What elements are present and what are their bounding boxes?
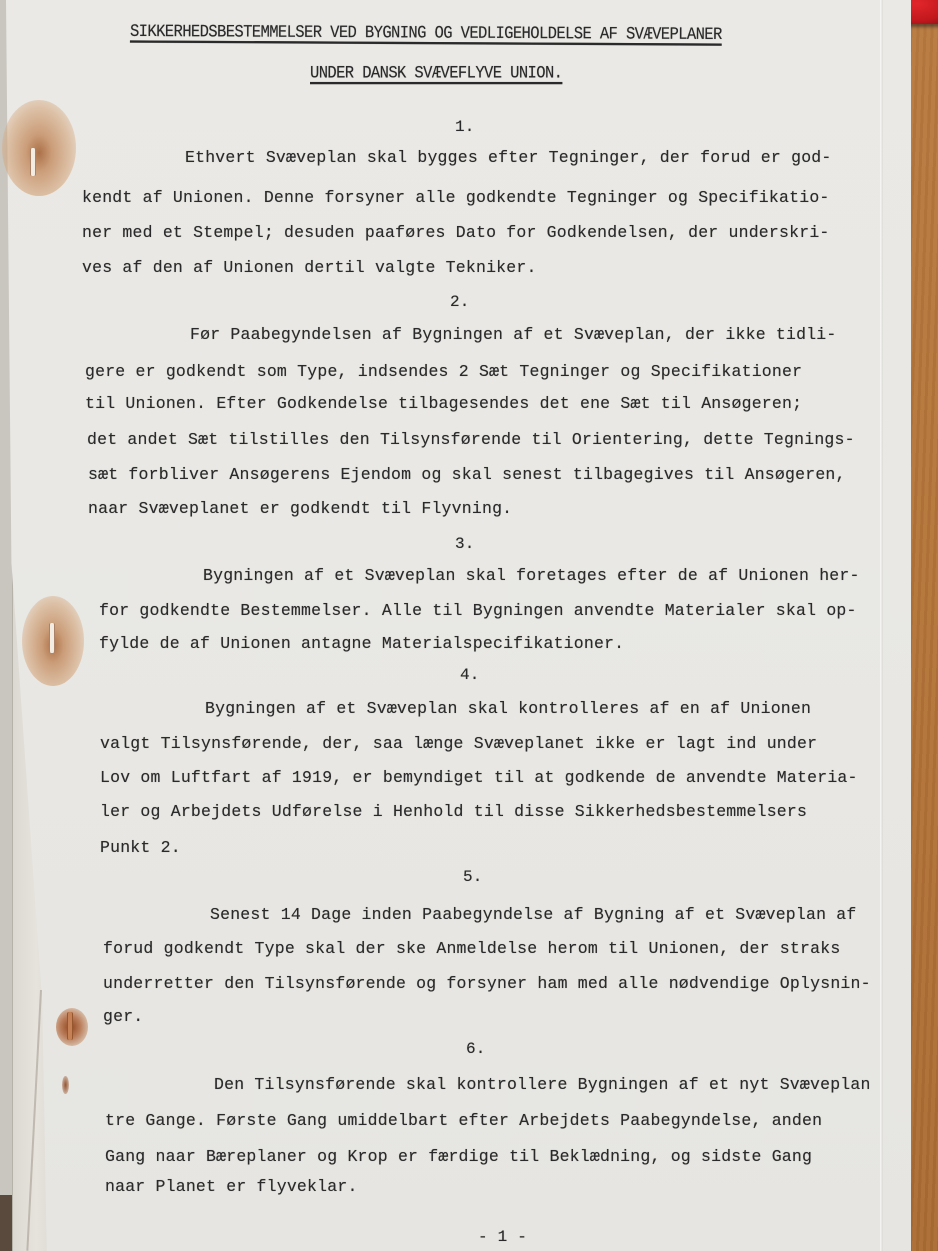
section-line: underretter den Tilsynsførende og forsyn…	[103, 976, 871, 993]
section-line: Bygningen af et Svæveplan skal foretages…	[203, 568, 860, 585]
section-line: Før Paabegyndelsen af Bygningen af et Sv…	[190, 327, 837, 344]
section-line: ger.	[103, 1009, 143, 1026]
section-number: 5.	[463, 868, 483, 886]
section-line: valgt Tilsynsførende, der, saa længe Svæ…	[100, 736, 817, 753]
section-line: Gang naar Bæreplaner og Krop er færdige …	[105, 1149, 812, 1166]
staple-hole	[67, 1012, 73, 1040]
section-line: Ethvert Svæveplan skal bygges efter Tegn…	[185, 150, 832, 167]
section-line: forud godkendt Type skal der ske Anmelde…	[103, 941, 840, 958]
section-number: 1.	[455, 118, 475, 136]
section-line: Den Tilsynsførende skal kontrollere Bygn…	[214, 1077, 871, 1094]
section-line: for godkendte Bestemmelser. Alle til Byg…	[99, 603, 857, 620]
section-line: naar Svæveplanet er godkendt til Flyvnin…	[88, 501, 512, 518]
section-line: tre Gange. Første Gang umiddelbart efter…	[105, 1113, 822, 1130]
dark-surface-edge	[0, 1195, 12, 1251]
section-line: kendt af Unionen. Denne forsyner alle go…	[82, 190, 830, 207]
section-line: ner med et Stempel; desuden paaføres Dat…	[82, 225, 830, 242]
section-line: Lov om Luftfart af 1919, er bemyndiget t…	[100, 770, 858, 787]
section-number: 6.	[466, 1040, 486, 1058]
page-right-edge	[880, 0, 883, 1251]
document-subtitle: UNDER DANSK SVÆVEFLYVE UNION.	[310, 63, 562, 83]
section-line: ler og Arbejdets Udførelse i Henhold til…	[100, 804, 807, 821]
section-number: 2.	[450, 293, 470, 311]
section-line: Senest 14 Dage inden Paabegyndelse af By…	[210, 907, 857, 924]
section-number: 3.	[455, 535, 475, 553]
section-line: sæt forbliver Ansøgerens Ejendom og skal…	[88, 467, 846, 484]
section-line: Punkt 2.	[100, 840, 181, 857]
staple-hole	[30, 148, 36, 176]
rust-stain	[2, 100, 76, 196]
section-line: naar Planet er flyveklar.	[105, 1179, 358, 1196]
section-line: til Unionen. Efter Godkendelse tilbagese…	[85, 396, 802, 413]
section-number: 4.	[460, 666, 480, 684]
section-line: fylde de af Unionen antagne Materialspec…	[99, 636, 624, 653]
section-line: gere er godkendt som Type, indsendes 2 S…	[85, 364, 802, 381]
page-number: - 1 -	[478, 1228, 527, 1246]
staple-hole	[49, 623, 55, 653]
section-line: det andet Sæt tilstilles den Tilsynsføre…	[87, 432, 855, 449]
section-line: ves af den af Unionen dertil valgte Tekn…	[82, 260, 537, 277]
section-line: Bygningen af et Svæveplan skal kontrolle…	[205, 701, 811, 718]
rust-speck	[62, 1076, 69, 1094]
document-title: SIKKERHEDSBESTEMMELSER VED BYGNING OG VE…	[130, 21, 722, 44]
